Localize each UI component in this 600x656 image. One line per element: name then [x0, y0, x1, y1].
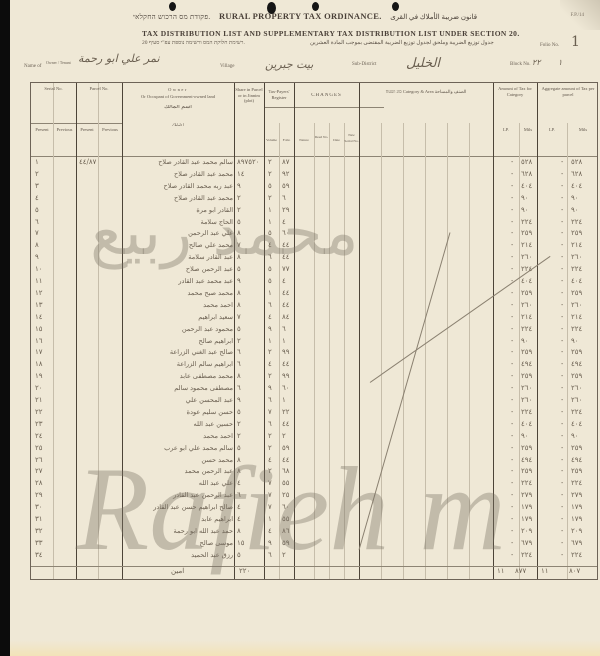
row-agg-mils: ٢٢٤ — [571, 479, 582, 487]
col-serial-no: Serial No. — [31, 86, 76, 92]
punch-hole — [392, 2, 399, 11]
lp-dash: - — [561, 503, 563, 511]
lp-dash: - — [511, 229, 513, 237]
row-agg-mils: ٢٥٩ — [571, 229, 582, 237]
row-owner: محمد عبد القادر صلاح — [125, 194, 233, 202]
row-volume: ٤ — [268, 241, 272, 249]
agg-total-lp: ١١ — [541, 567, 549, 575]
row-serial: ٣٣ — [35, 539, 43, 547]
signature: امين — [171, 567, 184, 575]
row-share: ٦ — [237, 491, 241, 499]
row-agg-mils: ٢٢٤ — [571, 265, 582, 273]
row-tax-mils: ٢٥٩ — [521, 444, 532, 452]
row-agg-mils: ٢٥٩ — [571, 348, 582, 356]
lp-dash: - — [511, 253, 513, 261]
row-owner: عبد الرحمن محمد — [125, 467, 233, 475]
row-folio: ٢ — [282, 432, 286, 440]
row-share: ٨ — [237, 456, 241, 464]
row-volume: ٦ — [268, 253, 272, 261]
row-agg-mils: ٢٦٠ — [571, 253, 582, 261]
row-share: ٨ — [237, 301, 241, 309]
table-row: ٧علي عبد الرحمن٨٥٦٠٢٥٩٢٥٩-- — [31, 229, 597, 242]
row-agg-mils: ٢١٤ — [571, 313, 582, 321]
row-agg-mils: ٦٧٩ — [571, 539, 582, 547]
row-volume: ٢ — [268, 444, 272, 452]
row-agg-mils: ٩٠ — [571, 206, 579, 214]
lp-dash: - — [511, 539, 513, 547]
row-agg-mils: ١٧٩ — [571, 503, 582, 511]
sub-district-label: Sub-District — [352, 62, 376, 67]
table-row: ١٢محمد صبح محمد٨١٤٤٢٥٩٢٥٩-- — [31, 289, 597, 302]
table-row: ٣٠صالح ابراهيم حسن عبد القادر٤٧٦٠١٧٩١٧٩-… — [31, 503, 597, 516]
lp-dash: - — [561, 384, 563, 392]
row-tax-mils: ٥٢٨ — [521, 158, 532, 166]
row-share: ٦ — [237, 348, 241, 356]
row-agg-mils: ١٧٩ — [571, 515, 582, 523]
row-serial: ٢٣ — [35, 420, 43, 428]
row-owner: علي عبد الرحمن — [125, 229, 233, 237]
row-owner: محمد صبح محمد — [125, 289, 233, 297]
lp-dash: - — [561, 348, 563, 356]
col-owner-sub: Or Occupant of Government-owned land — [122, 94, 234, 100]
row-agg-mils: ٢٢٤ — [571, 325, 582, 333]
col-changes-deed: Deed No. — [314, 135, 329, 141]
row-folio: ٤٤ — [282, 420, 290, 428]
col-tax-mils: Mils — [519, 127, 537, 133]
row-share: ٤ — [237, 479, 241, 487]
lp-dash: - — [511, 313, 513, 321]
lp-dash: - — [561, 182, 563, 190]
table-row: ٢٠مصطفى محمود سالم٦٩٦٠٢٦٠٢٦٠-- — [31, 384, 597, 397]
lp-dash: - — [561, 241, 563, 249]
row-share: ٢ — [237, 337, 241, 345]
row-volume: ١ — [268, 337, 272, 345]
village-label: Village — [220, 64, 234, 69]
row-owner: موسى صالح — [125, 539, 233, 547]
lp-dash: - — [511, 479, 513, 487]
row-folio: ٦ — [282, 325, 286, 333]
row-share: ١٤ — [237, 170, 245, 178]
col-volume: Volume — [264, 138, 279, 144]
row-tax-mils: ٢١٤ — [521, 313, 532, 321]
row-agg-mils: ٤٠٤ — [571, 420, 582, 428]
row-serial: ١٧ — [35, 348, 43, 356]
row-tax-mils: ٢٦٠ — [521, 253, 532, 261]
lp-dash: - — [561, 420, 563, 428]
row-volume: ٦ — [268, 396, 272, 404]
row-share: ٥ — [237, 551, 241, 559]
col-agg-mils: Mils — [567, 127, 599, 133]
lp-dash: - — [511, 218, 513, 226]
row-volume: ٢ — [268, 467, 272, 475]
row-folio: ٦٠ — [282, 384, 290, 392]
row-serial: ٧ — [35, 229, 39, 237]
row-owner: محمد حسن — [125, 456, 233, 464]
col-changes-nature: Nature — [294, 138, 314, 144]
table-row: ١٧صالح عبد الغني الزراعة٦٢٩٩٢٥٩٢٥٩-- — [31, 348, 597, 361]
title-english: RURAL PROPERTY TAX ORDINANCE. — [219, 11, 382, 21]
row-agg-mils: ٥٢٨ — [571, 158, 582, 166]
table-row: ٢١عبد المحسن علي٩٦١٢٦٠٢٦٠-- — [31, 396, 597, 409]
lp-dash: - — [511, 348, 513, 356]
col-parcel-present: Present — [76, 127, 98, 133]
row-volume: ٦ — [268, 551, 272, 559]
row-volume: ١ — [268, 218, 272, 226]
row-folio: ٥٥ — [282, 479, 290, 487]
lp-dash: - — [511, 456, 513, 464]
table-row: ٥القادر ابو مرة٢١٢٩٩٠٩٠-- — [31, 206, 597, 219]
punch-hole — [169, 2, 176, 11]
row-serial: ٥ — [35, 206, 39, 214]
row-agg-mils: ٤٠٤ — [571, 182, 582, 190]
row-tax-mils: ٤٠٤ — [521, 182, 532, 190]
lp-dash: - — [511, 301, 513, 309]
row-serial: ١٢ — [35, 289, 43, 297]
row-share: ٢ — [237, 206, 241, 214]
row-serial: ٨ — [35, 241, 39, 249]
row-volume: ٩ — [268, 384, 272, 392]
table-row: ٢٩عبد الرحمن عبد القادر٦٧٢٥٢٧٩٢٧٩-- — [31, 491, 597, 504]
row-share: ٢ — [237, 432, 241, 440]
row-agg-mils: ٢٦٠ — [571, 301, 582, 309]
row-share: ٨٩٧٥٢٠ — [237, 158, 260, 166]
row-owner: رزق عبد الحميد — [125, 551, 233, 559]
col-parcel-previous: Previous — [98, 127, 122, 133]
col-category-area-arabic: الصنف والمساحة — [435, 89, 467, 94]
col-share: Share in Parcel or in Jinnim (plot) — [234, 87, 264, 104]
row-owner: احمد محمد — [125, 432, 233, 440]
form-subtitle-english: TAX DISTRIBUTION LIST AND SUPPLEMENTARY … — [142, 29, 520, 38]
lp-dash: - — [561, 194, 563, 202]
row-owner: ابراهيم صالح — [125, 337, 233, 345]
row-tax-mils: ١٧٩ — [521, 503, 532, 511]
row-serial: ٦ — [35, 218, 39, 226]
row-tax-mils: ٢٦٠ — [521, 384, 532, 392]
row-serial: ١١ — [35, 277, 43, 285]
row-serial: ٢٥ — [35, 444, 43, 452]
row-tax-mils: ٢٥٩ — [521, 372, 532, 380]
lp-dash: - — [511, 158, 513, 166]
col-agg-lp: LP. — [537, 127, 567, 133]
row-volume: ١ — [268, 515, 272, 523]
row-agg-mils: ٢٥٩ — [571, 289, 582, 297]
lp-dash: - — [561, 253, 563, 261]
table-row: ٢٢حسن سليم عودة٥٧٢٢٢٢٤٢٢٤-- — [31, 408, 597, 421]
row-serial: ٣٢ — [35, 527, 43, 535]
lp-dash: - — [561, 218, 563, 226]
row-agg-mils: ٤٩٤ — [571, 456, 582, 464]
row-serial: ١٤ — [35, 313, 43, 321]
lp-dash: - — [561, 337, 563, 345]
row-share: ٥ — [237, 444, 241, 452]
row-volume: ٤ — [268, 527, 272, 535]
row-owner: سالم محمد علي ابو عرب — [125, 444, 233, 452]
form-subtitle-hebrew: רשימת חלוקת המס ורשימה נוספת עפ"י סעיף 2… — [142, 40, 245, 46]
lp-dash: - — [561, 229, 563, 237]
table-row: ٢٧عبد الرحمن محمد٨٢٦٨٢٥٩٢٥٩-- — [31, 467, 597, 480]
row-tax-mils: ٤٩٤ — [521, 456, 532, 464]
row-agg-mils: ٩٠ — [571, 337, 579, 345]
row-serial: ١٠ — [35, 265, 43, 273]
row-serial: ١٦ — [35, 337, 43, 345]
row-share: ٥ — [237, 218, 241, 226]
form-code: F.P./14 — [571, 13, 585, 18]
row-serial: ٣١ — [35, 515, 43, 523]
punch-hole — [312, 2, 319, 11]
lp-dash: - — [561, 408, 563, 416]
row-serial: ٢٧ — [35, 467, 43, 475]
row-tax-mils: ٩٠ — [521, 432, 529, 440]
lp-dash: - — [511, 182, 513, 190]
row-owner: عبد ربه محمد القادر صلاح — [125, 182, 233, 190]
lp-dash: - — [511, 551, 513, 559]
row-tax-mils: ٢٠٩ — [521, 527, 532, 535]
row-tax-mils: ٢٥٩ — [521, 229, 532, 237]
row-owner: عبد الرحمن صلاح — [125, 265, 233, 273]
row-agg-mils: ٢٢٤ — [571, 218, 582, 226]
row-owner: عبد الرحمن عبد القادر — [125, 491, 233, 499]
row-volume: ٧ — [268, 408, 272, 416]
folio-label: Folio No. — [540, 43, 559, 48]
row-volume: ٥ — [268, 265, 272, 273]
table-row: ٢٨علي عبد الله٤٧٥٥٢٢٤٢٢٤-- — [31, 479, 597, 492]
row-volume: ٥ — [268, 182, 272, 190]
form-title: פקודת מס הרכוש החקלאי. RURAL PROPERTY TA… — [10, 11, 600, 21]
row-serial: ١٩ — [35, 372, 43, 380]
row-tax-mils: ٢١٤ — [521, 241, 532, 249]
form-subtitle-arabic: جدول توزيع الضريبة وملحق لجدول توزيع الض… — [310, 40, 494, 46]
row-parcel: ٤٤/٨٧ — [79, 158, 96, 166]
row-agg-mils: ٤٠٤ — [571, 277, 582, 285]
table-row: ٣عبد ربه محمد القادر صلاح٩٥٥٩٤٠٤٤٠٤-- — [31, 182, 597, 195]
lp-dash: - — [561, 551, 563, 559]
row-folio: ٢٥ — [282, 491, 290, 499]
row-tax-mils: ٤٠٤ — [521, 277, 532, 285]
row-serial: ٣ — [35, 182, 39, 190]
table-row: ١٦ابراهيم صالح٢١١٩٠٩٠-- — [31, 337, 597, 350]
row-tax-mils: ٩٠ — [521, 206, 529, 214]
table-row: ٣٢حمد عبد الله ابو رحمة٨٤٨٦٢٠٩٢٠٩-- — [31, 527, 597, 540]
row-agg-mils: ٢٢٤ — [571, 551, 582, 559]
table-row: ٢٦محمد حسن٨٤٤٤٤٩٤٤٩٤-- — [31, 456, 597, 469]
name-of-label: Name of — [24, 64, 41, 69]
row-tax-mils: ٢٢٤ — [521, 218, 532, 226]
row-tax-mils: ٦٢٨ — [521, 170, 532, 178]
row-folio: ٩٩ — [282, 348, 290, 356]
row-owner: سالم محمد عبد القادر صلاح — [125, 158, 233, 166]
col-changes: CHANGES — [294, 93, 359, 99]
table-row: ١٨ابراهيم سالم الزراعة٦٤٤٤٤٩٤٤٩٤-- — [31, 360, 597, 373]
row-folio: ٤٤ — [282, 456, 290, 464]
row-owner: صالح عبد الغني الزراعة — [125, 348, 233, 356]
row-tax-mils: ٢٢٤ — [521, 551, 532, 559]
tax-total-lp: ١١ — [497, 567, 505, 575]
row-folio: ٤٤ — [282, 241, 290, 249]
row-share: ٧ — [237, 313, 241, 321]
lp-dash: - — [511, 408, 513, 416]
col-serial-present: Present — [31, 127, 53, 133]
totals-row: امين ٢٢٠ ١١ ٨٧٧ ١١ ٨٠٧ — [31, 566, 597, 578]
row-share: ٤ — [237, 515, 241, 523]
lp-dash: - — [561, 479, 563, 487]
table-row: ١٥محمود عبد الرحمن٥٩٦٢٢٤٢٢٤-- — [31, 325, 597, 338]
table-row: ٣١ابراهيم عابد٤١٥٥١٧٩١٧٩-- — [31, 515, 597, 528]
table-row: ٤محمد عبد القادر صلاح٢٢٦٩٠٩٠-- — [31, 194, 597, 207]
row-serial: ٢ — [35, 170, 39, 178]
row-volume: ٢ — [268, 432, 272, 440]
row-serial: ١٨ — [35, 360, 43, 368]
lp-dash: - — [511, 241, 513, 249]
lp-dash: - — [561, 527, 563, 535]
lp-dash: - — [561, 289, 563, 297]
row-owner: القادر ابو مرة — [125, 206, 233, 214]
row-agg-mils: ٩٠ — [571, 194, 579, 202]
row-serial: ٤ — [35, 194, 39, 202]
lp-dash: - — [511, 432, 513, 440]
share-total: ٢٢٠ — [239, 567, 250, 575]
row-volume: ٩ — [268, 539, 272, 547]
row-volume: ٤ — [268, 456, 272, 464]
title-hebrew: פקודת מס הרכוש החקלאי. — [133, 13, 210, 21]
lp-dash: - — [511, 396, 513, 404]
row-folio: ٧٧ — [282, 265, 290, 273]
row-agg-mils: ٢٦٠ — [571, 396, 582, 404]
row-share: ٤ — [237, 503, 241, 511]
lp-dash: - — [511, 444, 513, 452]
scan-border — [0, 0, 10, 656]
row-serial: ٩ — [35, 253, 39, 261]
row-share: ٨ — [237, 253, 241, 261]
row-agg-mils: ٢٧٩ — [571, 491, 582, 499]
lp-dash: - — [561, 444, 563, 452]
lp-dash: - — [561, 206, 563, 214]
col-amount-of-tax: Amount of Tax for Category — [493, 86, 537, 97]
row-agg-mils: ٢٠٩ — [571, 527, 582, 535]
block-label: Block No. — [510, 62, 531, 67]
row-tax-mils: ٢٧٩ — [521, 491, 532, 499]
row-share: ٨ — [237, 289, 241, 297]
table-row: ٩عبد القادر سلامة٨٦٤٤٢٦٠٢٦٠-- — [31, 253, 597, 266]
row-volume: ٥ — [268, 229, 272, 237]
col-parcel-no: Parcel No. — [76, 86, 122, 92]
row-folio: ٨٧ — [282, 158, 290, 166]
row-share: ٥ — [237, 325, 241, 333]
row-tax-mils: ٩٠ — [521, 194, 529, 202]
row-owner: ابراهيم عابد — [125, 515, 233, 523]
col-category-area: סוג ושטח Category & Area الصنف والمساحة — [359, 89, 493, 95]
row-serial: ٣٠ — [35, 503, 43, 511]
lp-dash: - — [511, 170, 513, 178]
row-share: ٦ — [237, 360, 241, 368]
lp-dash: - — [511, 289, 513, 297]
col-changes-date: Date — [329, 138, 344, 144]
row-owner: محمد مصطفى عابد — [125, 372, 233, 380]
row-share: ٨ — [237, 372, 241, 380]
col-owner-hebrew: הבעל — [122, 123, 234, 129]
col-aggregate-tax: Aggregate amount of Tax per parcel — [537, 86, 599, 97]
row-owner: الحاج سلامة — [125, 218, 233, 226]
row-share: ١٥ — [237, 539, 245, 547]
row-tax-mils: ٤٠٤ — [521, 420, 532, 428]
row-folio: ٥٩ — [282, 444, 290, 452]
col-owner-arabic: اسم المالك — [122, 105, 234, 111]
row-volume: ٢ — [268, 194, 272, 202]
row-volume: ٩ — [268, 325, 272, 333]
row-owner: مصطفى محمود سالم — [125, 384, 233, 392]
row-folio: ٨٦ — [282, 527, 290, 535]
row-folio: ٢٩ — [282, 206, 290, 214]
row-owner: احمد محمد — [125, 301, 233, 309]
sub-district-value: الخليل — [406, 56, 440, 71]
row-share: ٨ — [237, 229, 241, 237]
table-row: ٢٤احمد محمد٢٢٢٩٠٩٠-- — [31, 432, 597, 445]
row-share: ٢ — [237, 420, 241, 428]
row-owner: ابراهيم سالم الزراعة — [125, 360, 233, 368]
row-serial: ٢٢ — [35, 408, 43, 416]
row-folio: ٤٤ — [282, 360, 290, 368]
lp-dash: - — [511, 372, 513, 380]
tax-distribution-form: פקודת מס הרכוש החקלאי. RURAL PROPERTY TA… — [10, 0, 600, 656]
row-volume: ٢ — [268, 170, 272, 178]
row-agg-mils: ٢١٤ — [571, 241, 582, 249]
row-owner: عبد المحسن علي — [125, 396, 233, 404]
row-folio: ٤٤ — [282, 301, 290, 309]
row-tax-mils: ٢٦٠ — [521, 396, 532, 404]
lp-dash: - — [561, 467, 563, 475]
row-folio: ٦٨ — [282, 467, 290, 475]
col-folio: Folio — [279, 138, 294, 144]
row-volume: ٢ — [268, 348, 272, 356]
row-volume: ٧ — [268, 503, 272, 511]
lp-dash: - — [561, 301, 563, 309]
row-folio: ٩٩ — [282, 372, 290, 380]
row-serial: ١ — [35, 158, 39, 166]
table-row: ١٣احمد محمد٨٦٤٤٢٦٠٢٦٠-- — [31, 301, 597, 314]
name-of-sub-label: Owner / Tenant — [46, 60, 71, 65]
table-row: ٦الحاج سلامة٥١٤٢٢٤٢٢٤-- — [31, 218, 597, 231]
row-tax-mils: ٢٥٩ — [521, 348, 532, 356]
row-folio: ٥٩ — [282, 539, 290, 547]
row-folio: ٥٥ — [282, 515, 290, 523]
col-tax-payers-register: Tax-Payers' Register — [264, 89, 294, 100]
row-share: ٦ — [237, 384, 241, 392]
table-row: ٢٥سالم محمد علي ابو عرب٥٢٥٩٢٥٩٢٥٩-- — [31, 444, 597, 457]
row-tax-mils: ٢٥٩ — [521, 289, 532, 297]
row-serial: ٣٤ — [35, 551, 43, 559]
lp-dash: - — [561, 158, 563, 166]
row-tax-mils: ٢٦٠ — [521, 301, 532, 309]
name-handwritten: نمر علي ابو رحمة — [78, 52, 160, 65]
row-folio: ٤٤ — [282, 289, 290, 297]
row-agg-mils: ٤٩٤ — [571, 360, 582, 368]
row-tax-mils: ٢٥٩ — [521, 467, 532, 475]
row-agg-mils: ٢٥٩ — [571, 444, 582, 452]
row-agg-mils: ٦٢٨ — [571, 170, 582, 178]
row-folio: ٤٤ — [282, 253, 290, 261]
lp-dash: - — [511, 360, 513, 368]
table-row: ١٤٤/٨٧سالم محمد عبد القادر صلاح٨٩٧٥٢٠٢٨٧… — [31, 158, 597, 171]
row-serial: ٢٠ — [35, 384, 43, 392]
folio-value: 1 — [571, 34, 580, 50]
lp-dash: - — [511, 503, 513, 511]
lp-dash: - — [561, 265, 563, 273]
lp-dash: - — [561, 539, 563, 547]
row-volume: ٦ — [268, 420, 272, 428]
row-tax-mils: ٦٧٩ — [521, 539, 532, 547]
lp-dash: - — [561, 360, 563, 368]
row-share: ٩ — [237, 182, 241, 190]
row-owner: سعيد ابراهيم — [125, 313, 233, 321]
